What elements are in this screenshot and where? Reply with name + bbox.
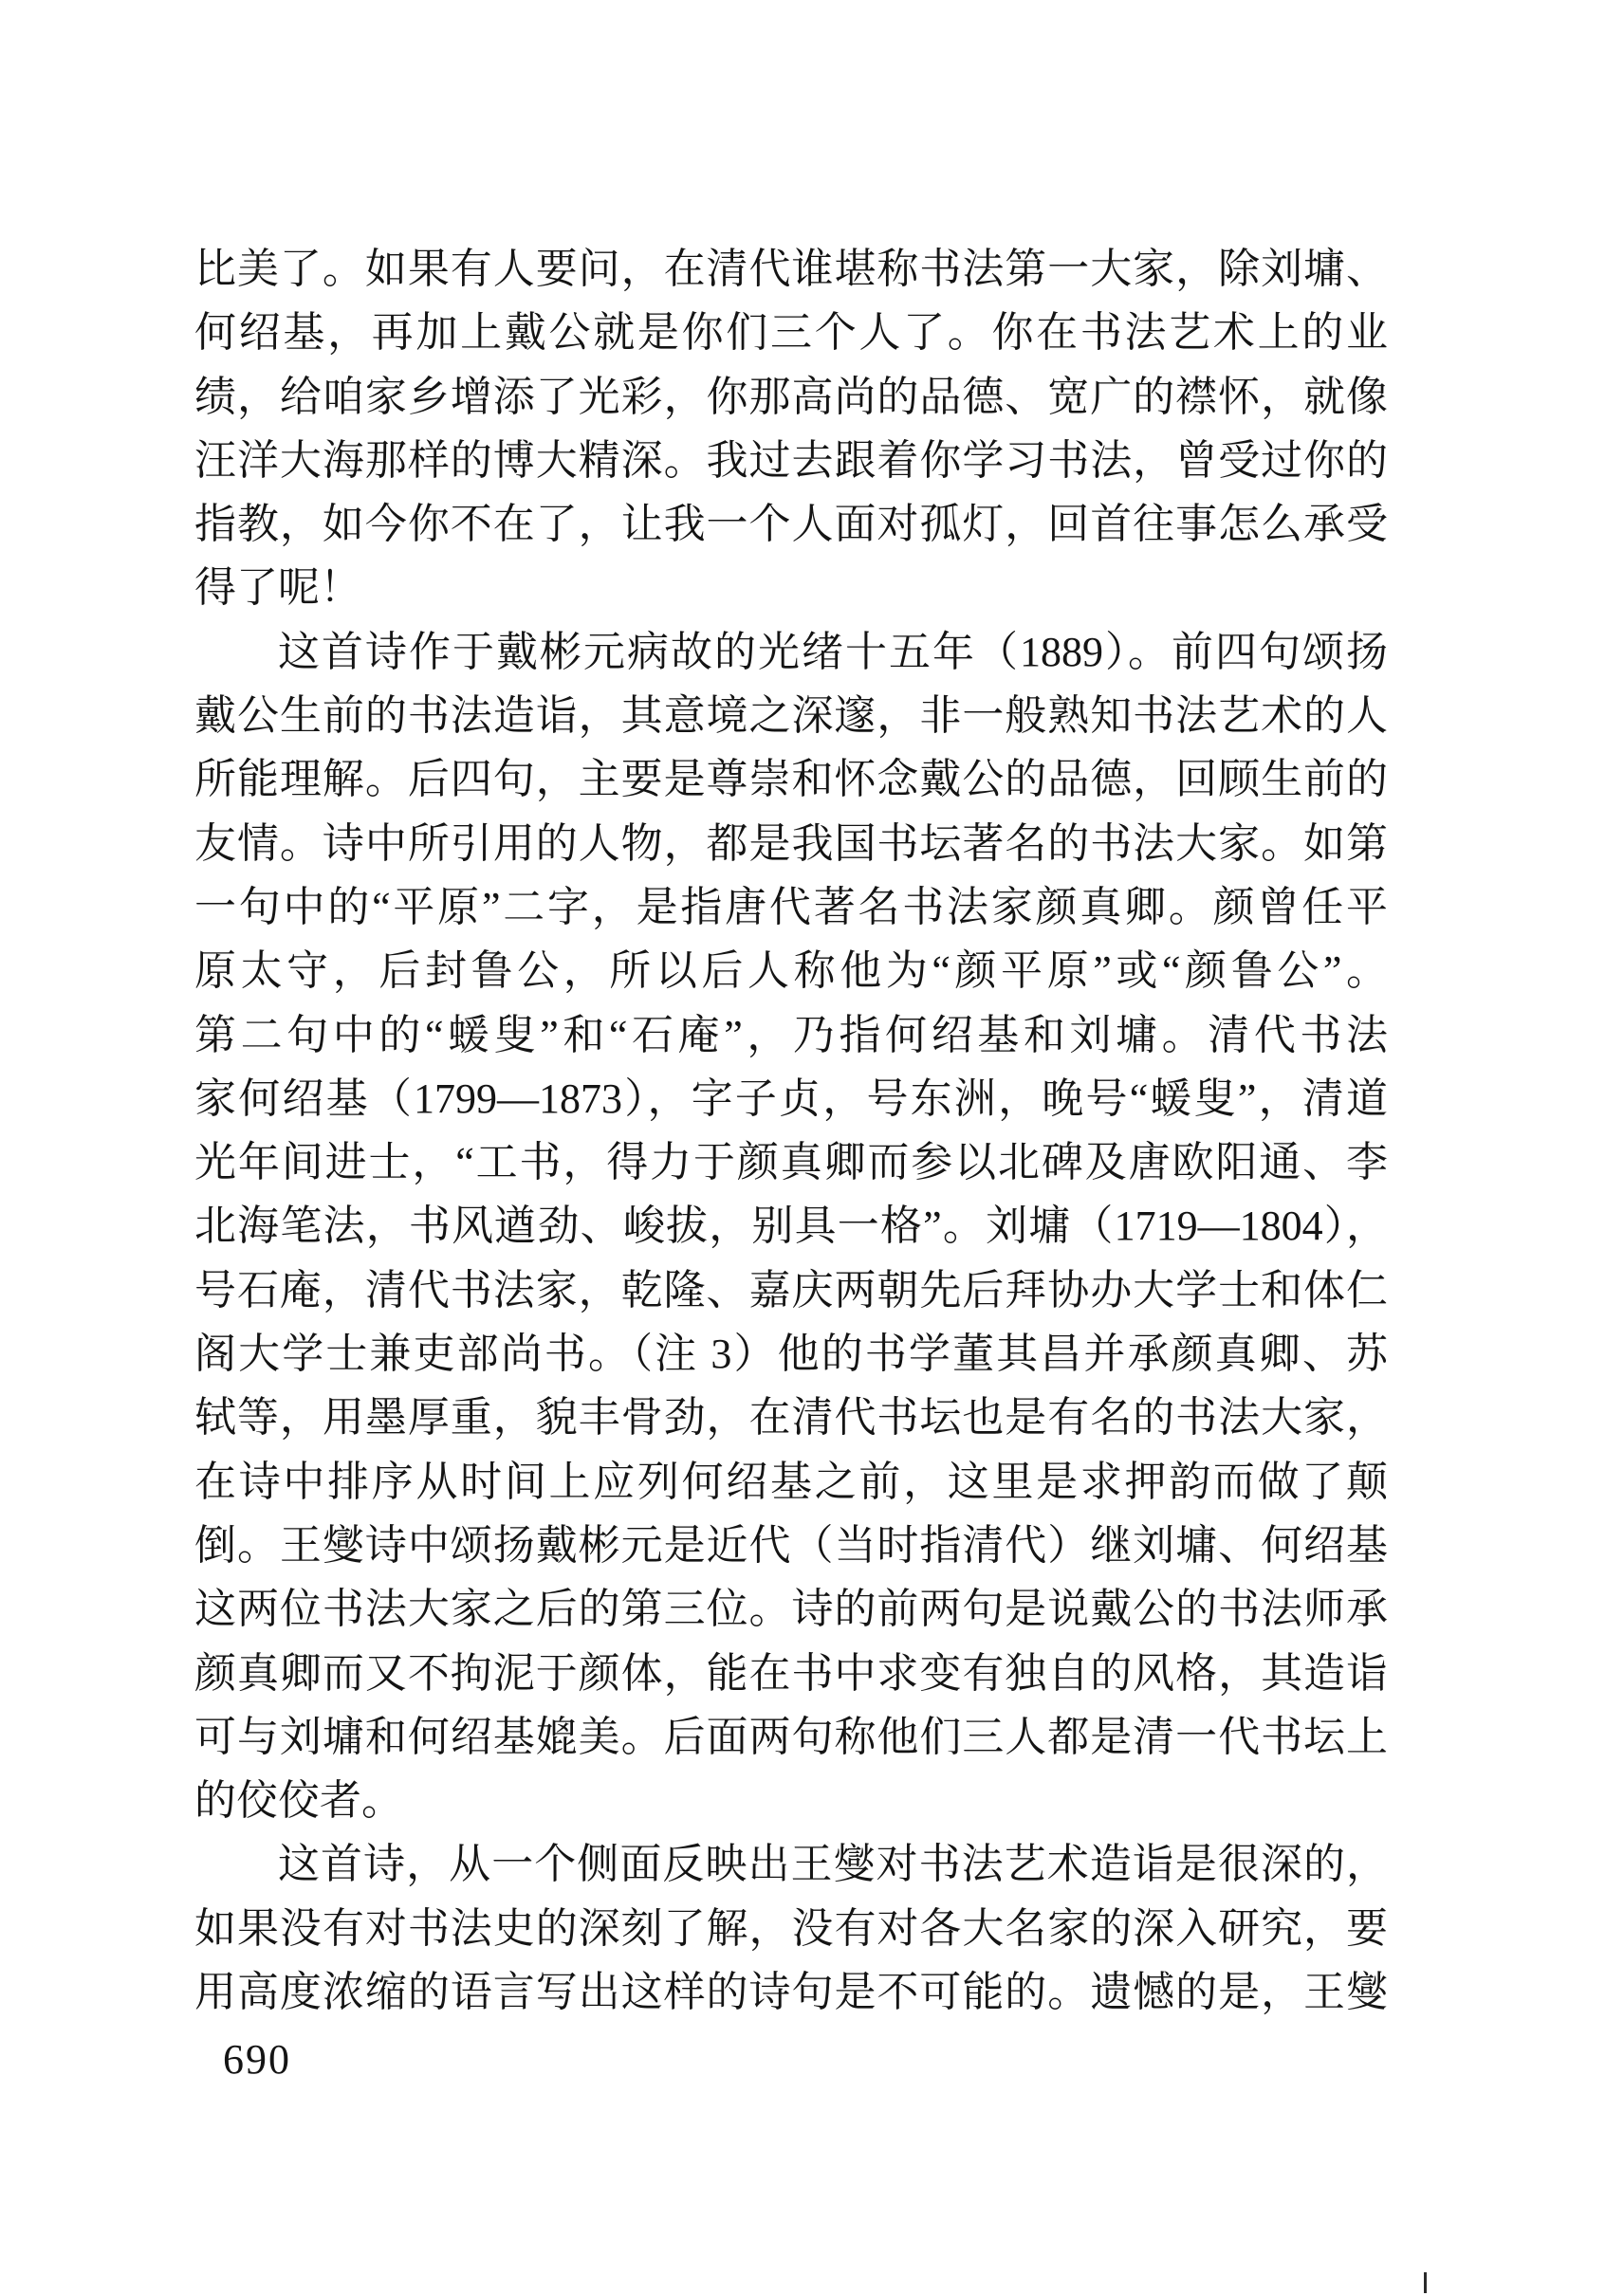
text-line: 在诗中排序从时间上应列何绍基之前，这里是求押韵而做了颠 [194, 1450, 1388, 1514]
text-line: 倒。王燮诗中颂扬戴彬元是近代（当时指清代）继刘墉、何绍基 [194, 1514, 1388, 1577]
text-line: 这首诗，从一个侧面反映出王燮对书法艺术造诣是很深的， [194, 1832, 1388, 1896]
text-line: 家何绍基（1799—1873），字子贞，号东洲，晚号“蝯叟”，清道 [194, 1067, 1388, 1130]
text-line: 得了呢！ [194, 556, 1388, 619]
text-line: 光年间进士，“工书，得力于颜真卿而参以北碑及唐欧阳通、李 [194, 1130, 1388, 1194]
text-line: 第二句中的“蝯叟”和“石庵”，乃指何绍基和刘墉。清代书法 [194, 1003, 1388, 1067]
text-line: 如果没有对书法史的深刻了解，没有对各大名家的深入研究，要 [194, 1897, 1388, 1960]
scan-artifact-mark [1424, 2272, 1427, 2293]
text-line: 何绍基，再加上戴公就是你们三个人了。你在书法艺术上的业 [194, 301, 1388, 364]
text-line: 一句中的“平原”二字，是指唐代著名书法家颜真卿。颜曾任平 [194, 875, 1388, 939]
text-block: 比美了。如果有人要问，在清代谁堪称书法第一大家，除刘墉、何绍基，再加上戴公就是你… [194, 237, 1388, 2024]
text-line: 戴公生前的书法造诣，其意境之深邃，非一般熟知书法艺术的人 [194, 684, 1388, 747]
text-line: 号石庵，清代书法家，乾隆、嘉庆两朝先后拜协办大学士和体仁 [194, 1258, 1388, 1322]
text-line: 所能理解。后四句，主要是尊崇和怀念戴公的品德，回顾生前的 [194, 747, 1388, 811]
text-line: 北海笔法，书风遒劲、峻拔，别具一格”。刘墉（1719—1804）， [194, 1194, 1388, 1258]
text-line: 用高度浓缩的语言写出这样的诗句是不可能的。遗憾的是，王燮 [194, 1960, 1388, 2024]
text-line: 指教，如今你不在了，让我一个人面对孤灯，回首往事怎么承受 [194, 492, 1388, 556]
text-line: 的佼佼者。 [194, 1769, 1388, 1832]
text-line: 绩，给咱家乡增添了光彩，你那高尚的品德、宽广的襟怀，就像 [194, 365, 1388, 429]
page-number: 690 [223, 2039, 291, 2081]
text-line: 颜真卿而又不拘泥于颜体，能在书中求变有独自的风格，其造诣 [194, 1642, 1388, 1705]
text-line: 原太守，后封鲁公，所以后人称他为“颜平原”或“颜鲁公”。 [194, 939, 1388, 1002]
text-line: 可与刘墉和何绍基媲美。后面两句称他们三人都是清一代书坛上 [194, 1705, 1388, 1769]
text-line: 这首诗作于戴彬元病故的光绪十五年（1889）。前四句颂扬 [194, 620, 1388, 684]
text-line: 阁大学士兼吏部尚书。（注 3）他的书学董其昌并承颜真卿、苏 [194, 1322, 1388, 1386]
text-line: 这两位书法大家之后的第三位。诗的前两句是说戴公的书法师承 [194, 1577, 1388, 1641]
text-line: 比美了。如果有人要问，在清代谁堪称书法第一大家，除刘墉、 [194, 237, 1388, 301]
book-page: 比美了。如果有人要问，在清代谁堪称书法第一大家，除刘墉、何绍基，再加上戴公就是你… [0, 0, 1624, 2296]
text-line: 轼等，用墨厚重，貌丰骨劲，在清代书坛也是有名的书法大家， [194, 1386, 1388, 1449]
text-line: 友情。诗中所引用的人物，都是我国书坛著名的书法大家。如第 [194, 812, 1388, 875]
text-line: 汪洋大海那样的博大精深。我过去跟着你学习书法，曾受过你的 [194, 429, 1388, 492]
